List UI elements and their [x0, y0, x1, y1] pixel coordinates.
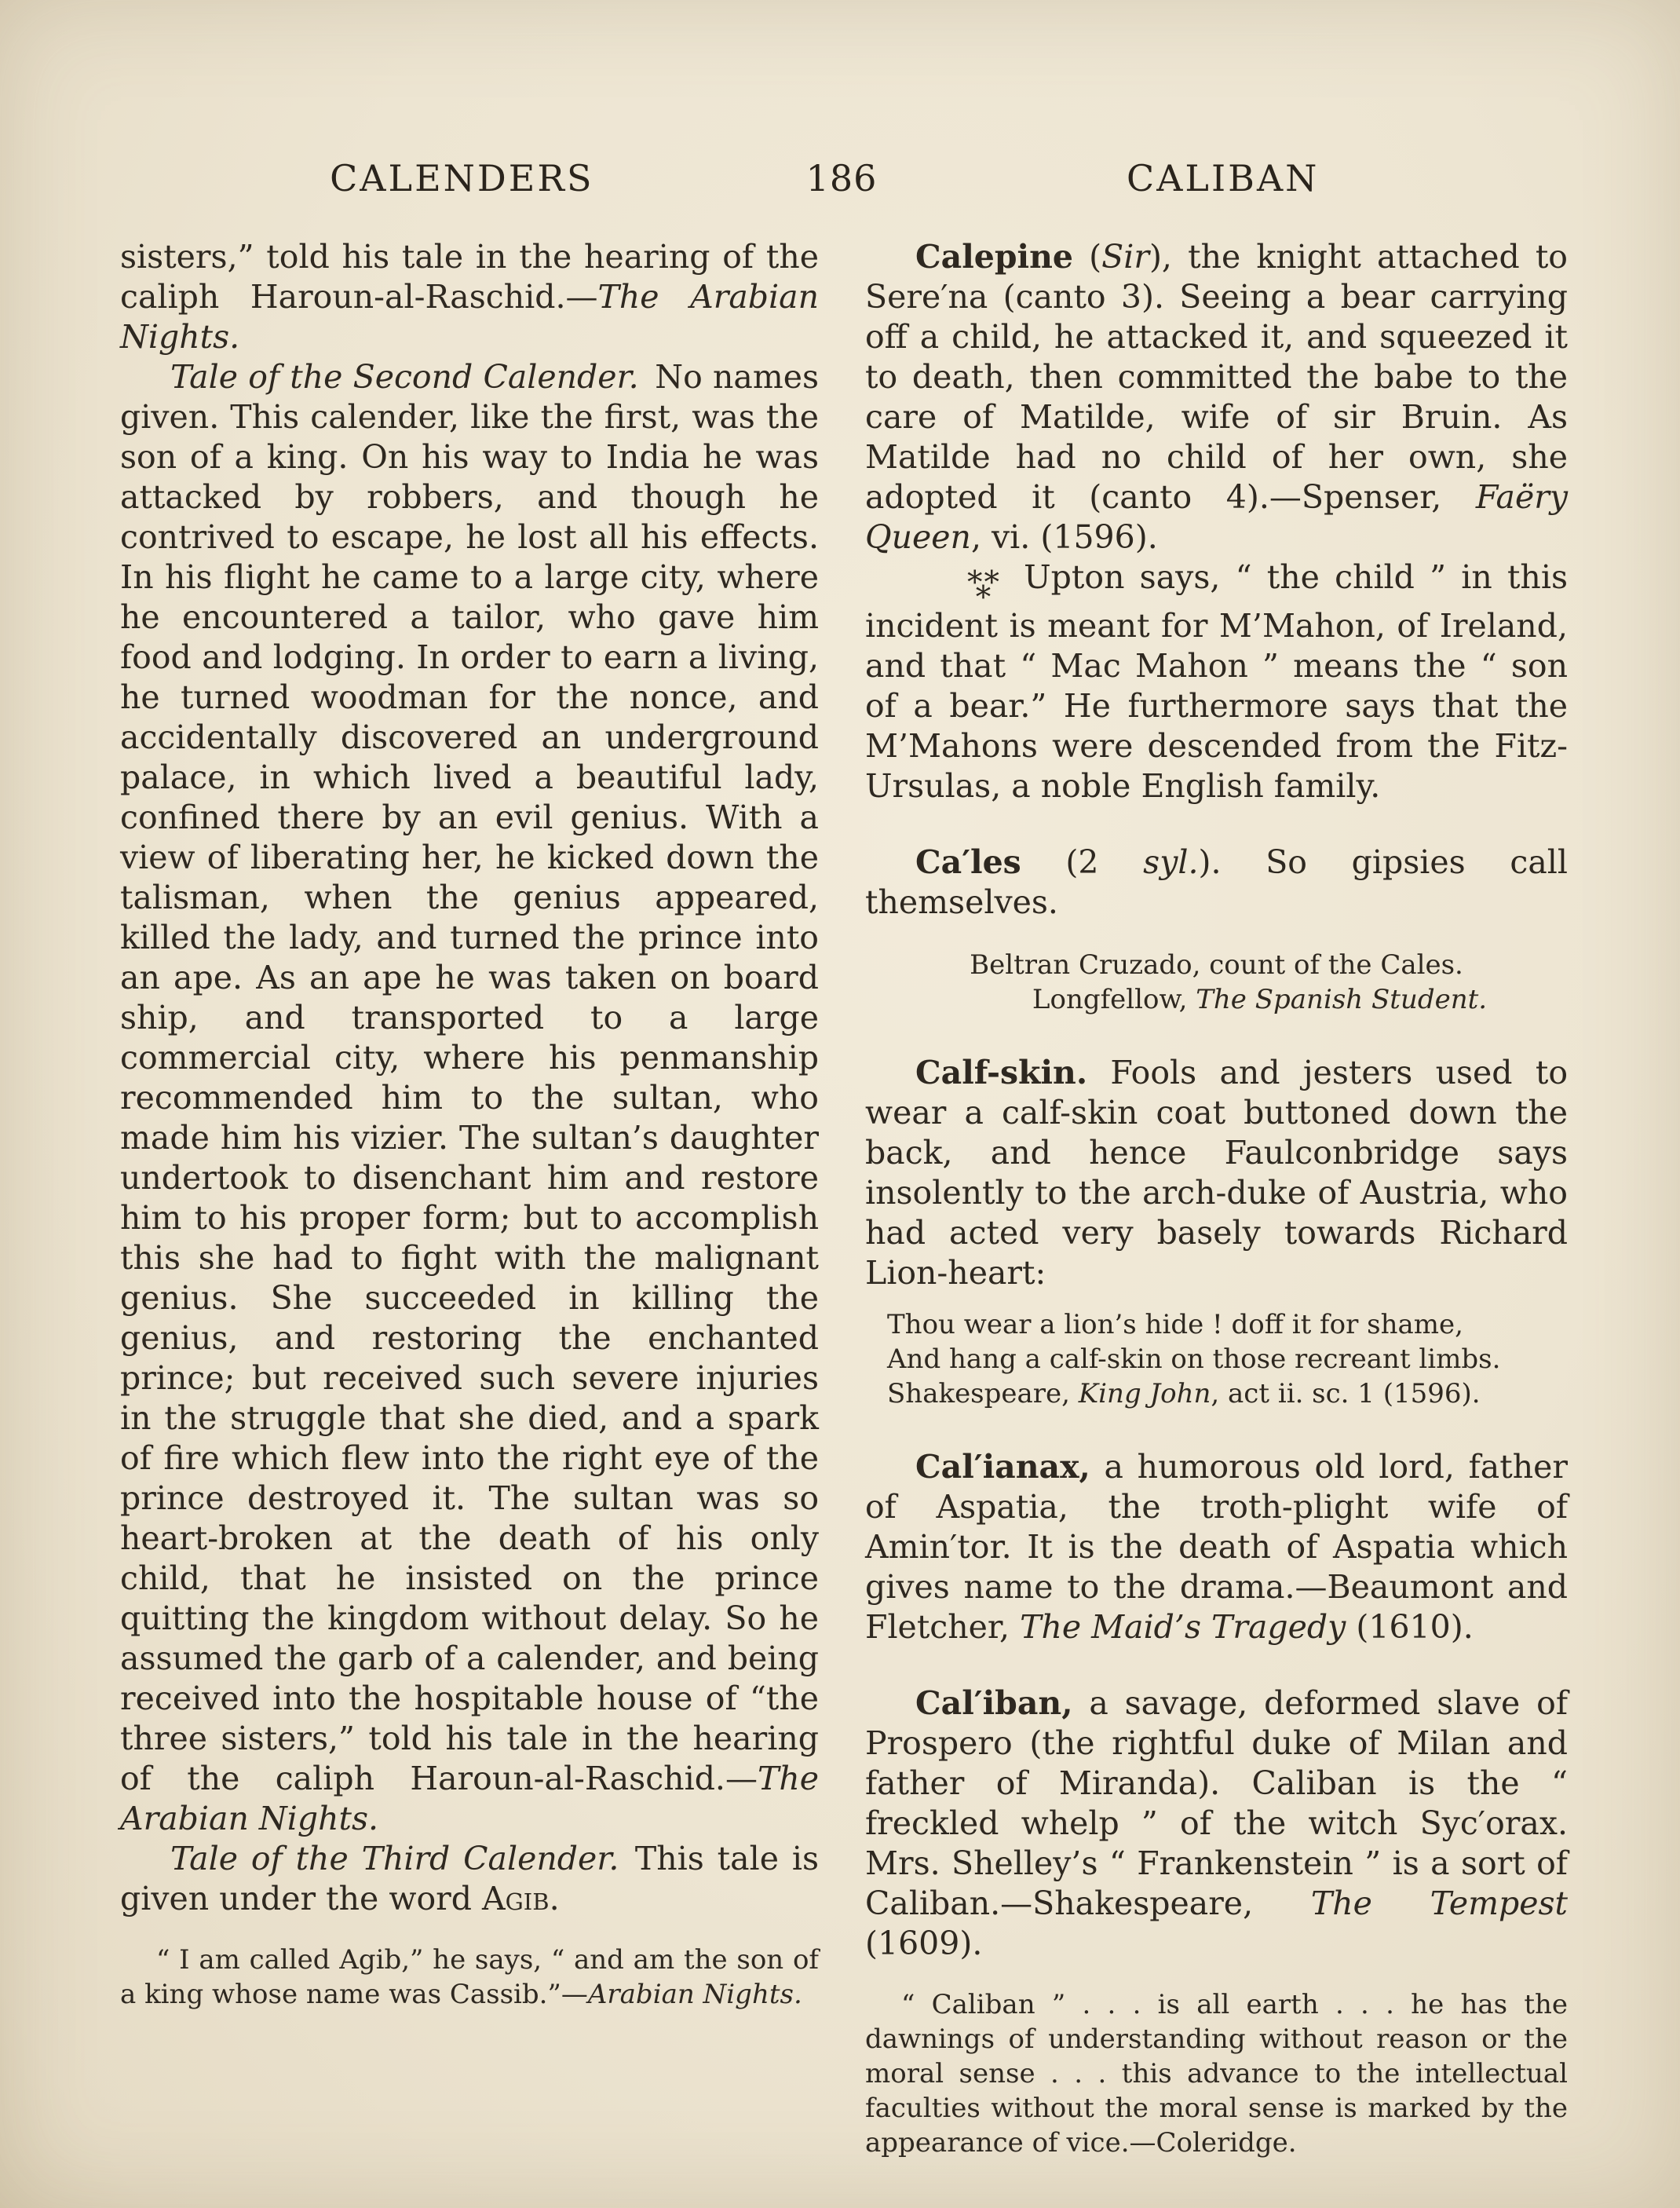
text-run: Tale of the Second Calender.: [170, 358, 639, 396]
text-run: Calepine: [915, 238, 1073, 276]
text-run: .: [550, 1880, 560, 1917]
page-number: 186: [806, 160, 878, 196]
running-head: CALENDERS 186 CALIBAN: [118, 160, 1569, 196]
entry-calf-skin: Calf-skin. Fools and jesters used to wea…: [865, 1053, 1568, 1293]
tale-of-the-second-calender: Tale of the Second Calender. No names gi…: [120, 357, 819, 1839]
text-run: Beltran Cruzado, count of the Cales.: [970, 949, 1463, 981]
text-run: Arabian Nights.: [588, 1979, 802, 2010]
cales-citation: Beltran Cruzado, count of the Cales.Long…: [865, 948, 1568, 1017]
text-run: Sir: [1101, 238, 1149, 276]
entry-caliban: Cal′iban, a savage, deformed slave of Pr…: [865, 1683, 1568, 1964]
tale-of-the-third-calender: Tale of the Third Calender. This tale is…: [120, 1839, 819, 1919]
coleridge-quotation: “ Caliban ” . . . is all earth . . . he …: [865, 1987, 1568, 2160]
text-run: ), the knight attached to Sere′na (canto…: [865, 238, 1568, 516]
text-run: Shakespeare,: [887, 1378, 1079, 1409]
text-run: King John: [1079, 1378, 1211, 1409]
text-run: (1609).: [865, 1925, 982, 1962]
text-run: Calf-skin.: [915, 1054, 1087, 1091]
text-run: syl.: [1143, 843, 1198, 881]
text-run: Thou wear a lion’s hide ! doff it for sh…: [887, 1309, 1463, 1340]
verse-line: Longfellow, The Spanish Student.: [865, 982, 1568, 1017]
king-john-quotation: Thou wear a lion’s hide ! doff it for sh…: [865, 1307, 1568, 1411]
agib-quotation: “ I am called Agib,” he says, “ and am t…: [120, 1943, 819, 2012]
text-run: The Maid’s Tragedy: [1020, 1608, 1346, 1646]
upton-note: *** Upton says, “ the child ” in this in…: [865, 557, 1568, 806]
left-text-column: sisters,” told his tale in the hearing o…: [120, 237, 819, 2012]
verse-line: Thou wear a lion’s hide ! doff it for sh…: [887, 1307, 1568, 1342]
text-run: , act ii. sc. 1 (1596).: [1211, 1378, 1480, 1409]
text-run: The Spanish Student.: [1196, 984, 1487, 1015]
text-run: Cal′iban,: [915, 1684, 1072, 1722]
asterism-mark: ***: [917, 576, 1001, 606]
text-run: Longfellow,: [1032, 984, 1196, 1015]
verse-line: Shakespeare, King John, act ii. sc. 1 (1…: [887, 1376, 1568, 1411]
running-head-left-title: CALENDERS: [118, 160, 806, 196]
text-run: (1610).: [1346, 1608, 1473, 1646]
text-run: (2: [1021, 843, 1143, 881]
text-run: The Tempest: [1311, 1884, 1568, 1922]
entry-calianax: Cal′ianax, a humorous old lord, father o…: [865, 1447, 1568, 1647]
text-run: , vi. (1596).: [971, 518, 1158, 556]
text-run: “ Caliban ” . . . is all earth . . . he …: [865, 1989, 1568, 2159]
book-page: CALENDERS 186 CALIBAN sisters,” told his…: [0, 0, 1680, 2208]
verse-line: Beltran Cruzado, count of the Cales.: [865, 948, 1568, 982]
right-text-column: Calepine (Sir), the knight attached to S…: [865, 237, 1568, 2160]
text-run: Agib: [482, 1880, 550, 1917]
text-run: Tale of the Third Calender.: [170, 1840, 619, 1877]
verse-line: And hang a calf-skin on those recreant l…: [887, 1342, 1568, 1376]
text-run: And hang a calf-skin on those recreant l…: [887, 1343, 1500, 1375]
entry-cales: Ca′les (2 syl.). So gipsies call themsel…: [865, 843, 1568, 923]
text-run: Ca′les: [915, 843, 1021, 881]
scanned-book-page: { "page": { "header": { "left": "CALENDE…: [0, 0, 1680, 2208]
text-run: Cal′ianax,: [915, 1448, 1090, 1486]
entry-calenders-continuation: sisters,” told his tale in the hearing o…: [120, 237, 819, 357]
text-run: (: [1073, 238, 1101, 276]
text-run: No names given. This calender, like the …: [120, 358, 819, 1797]
running-head-right-title: CALIBAN: [877, 160, 1569, 196]
entry-calepine: Calepine (Sir), the knight attached to S…: [865, 237, 1568, 557]
